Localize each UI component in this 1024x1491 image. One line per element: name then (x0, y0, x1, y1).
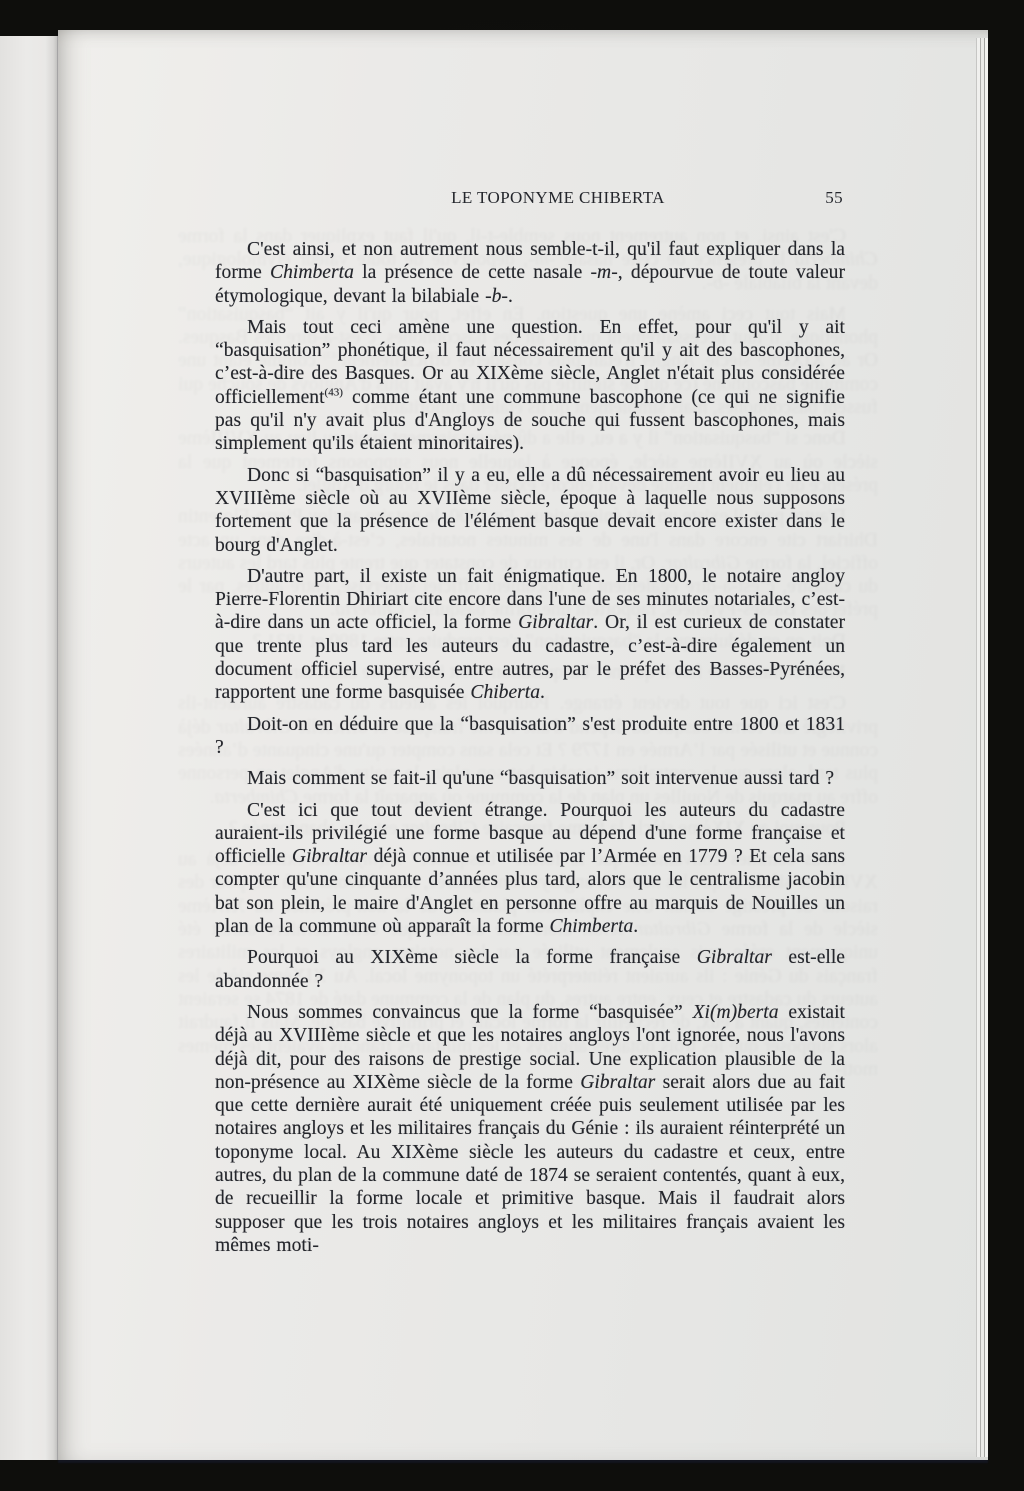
text-run: Nous sommes convaincus que la forme “bas… (247, 1002, 693, 1023)
paragraph: Mais comment se fait-il qu'une “basquisa… (215, 767, 845, 790)
paragraph: Doit-on en déduire que la “basquisation”… (215, 713, 845, 760)
text-run: . (508, 286, 513, 307)
text-run: . (210, 787, 215, 808)
italic-term: Gibraltar (697, 947, 772, 968)
book-scan: C'est ainsi, et non autrement nous sembl… (0, 0, 1024, 1491)
page-body: C'est ainsi, et non autrement nous sembl… (215, 238, 845, 1257)
italic-term: Xi(m)berta (693, 1002, 779, 1023)
paragraph: C'est ainsi, et non autrement nous sembl… (215, 238, 845, 308)
running-header: LE TOPONYME CHIBERTA 55 (215, 188, 845, 214)
text-run: . (540, 682, 545, 703)
text-run: serait alors due au fait que cette derni… (215, 1072, 845, 1256)
page-number: 55 (825, 188, 843, 208)
text-run: la présence de cette nasale (354, 262, 591, 283)
book-page: C'est ainsi, et non autrement nous sembl… (58, 30, 988, 1460)
text-run: Pourquoi au XIXème siècle la forme franç… (247, 947, 697, 968)
text-run: Doit-on en déduire que la “basquisation”… (215, 714, 845, 758)
paragraph: Nous sommes convaincus que la forme “bas… (215, 1001, 845, 1257)
paragraph: C'est ici que tout devient étrange. Pour… (215, 799, 845, 939)
italic-term: -m- (591, 262, 618, 283)
paragraph: Donc si “basquisation” il y a eu, elle a… (215, 464, 845, 557)
italic-term: Chimberta (270, 262, 354, 283)
paragraph: D'autre part, il existe un fait énigmati… (215, 565, 845, 705)
italic-term: Gibraltar (580, 1072, 655, 1093)
paragraph: Mais tout ceci amène une question. En ef… (215, 316, 845, 456)
text-run: . (633, 916, 638, 937)
facing-page-edge (0, 36, 58, 1460)
italic-term: Gibraltar (518, 612, 593, 633)
text-run: Mais comment se fait-il qu'une “basquisa… (247, 768, 834, 789)
footnote-reference: (43) (325, 386, 343, 398)
italic-term: Gibraltar (292, 846, 367, 867)
italic-term: Chiberta (470, 682, 540, 703)
text-run: Donc si “basquisation” il y a eu, elle a… (215, 465, 845, 556)
page-stack-edges (974, 38, 988, 1457)
page-title: LE TOPONYME CHIBERTA (451, 188, 665, 208)
italic-term: Chimberta (549, 916, 633, 937)
paragraph: Pourquoi au XIXème siècle la forme franç… (215, 946, 845, 993)
italic-term: -b- (485, 286, 508, 307)
